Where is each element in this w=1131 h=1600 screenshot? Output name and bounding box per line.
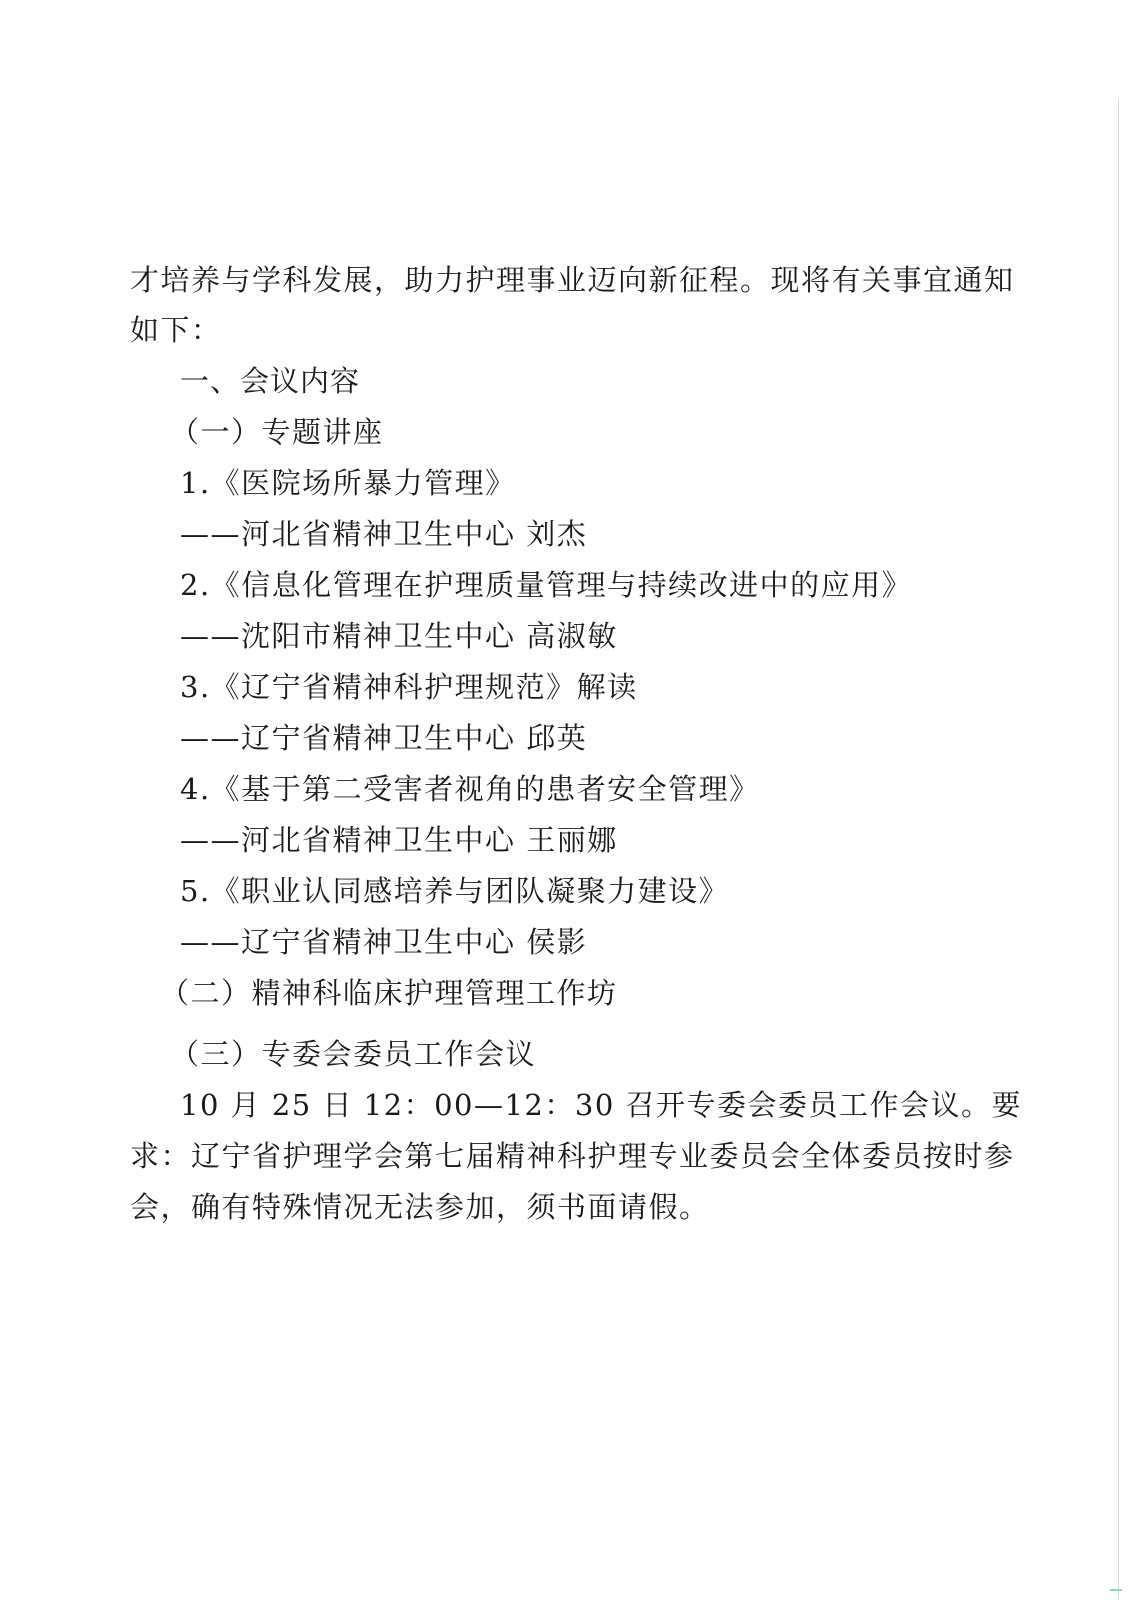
lecture-title-2: 2.《信息化管理在护理质量管理与持续改进中的应用》: [180, 567, 912, 603]
lecture-title-4: 4.《基于第二受害者视角的患者安全管理》: [180, 771, 760, 807]
lecture-title-5: 5.《职业认同感培养与团队凝聚力建设》: [180, 873, 729, 909]
intro-paragraph-line-2: 如下：: [130, 312, 222, 348]
lecture-speaker-1: ——河北省精神卫生中心 刘杰: [180, 516, 587, 552]
document-page: 才培养与学科发展，助力护理事业迈向新征程。现将有关事宜通知 如下： 一、会议内容…: [0, 0, 1131, 1600]
lecture-speaker-5: ——辽宁省精神卫生中心 侯影: [180, 924, 587, 960]
committee-paragraph-line-3: 会，确有特殊情况无法参加，须书面请假。: [130, 1189, 710, 1225]
scan-edge-mark: [1110, 1589, 1122, 1591]
lecture-title-1: 1.《医院场所暴力管理》: [180, 465, 516, 501]
lecture-speaker-2: ——沈阳市精神卫生中心 高淑敏: [180, 618, 618, 654]
section-heading-meeting-content: 一、会议内容: [180, 363, 360, 399]
committee-paragraph-line-2: 求：辽宁省护理学会第七届精神科护理专业委员会全体委员按时参: [130, 1138, 966, 1174]
lecture-speaker-4: ——河北省精神卫生中心 王丽娜: [180, 822, 618, 858]
intro-paragraph-line-1: 才培养与学科发展，助力护理事业迈向新征程。现将有关事宜通知: [130, 262, 966, 298]
subsection-heading-lectures: （一）专题讲座: [170, 414, 384, 450]
lecture-speaker-3: ——辽宁省精神卫生中心 邱英: [180, 720, 587, 756]
committee-paragraph-line-1: 10 月 25 日 12：00—12：30 召开专委会委员工作会议。要: [180, 1087, 966, 1123]
subsection-heading-workshop: （二）精神科临床护理管理工作坊: [160, 975, 618, 1011]
subsection-heading-committee-meeting: （三）专委会委员工作会议: [170, 1036, 536, 1072]
lecture-title-3: 3.《辽宁省精神科护理规范》解读: [180, 669, 638, 705]
scan-edge-line: [1118, 100, 1119, 1600]
